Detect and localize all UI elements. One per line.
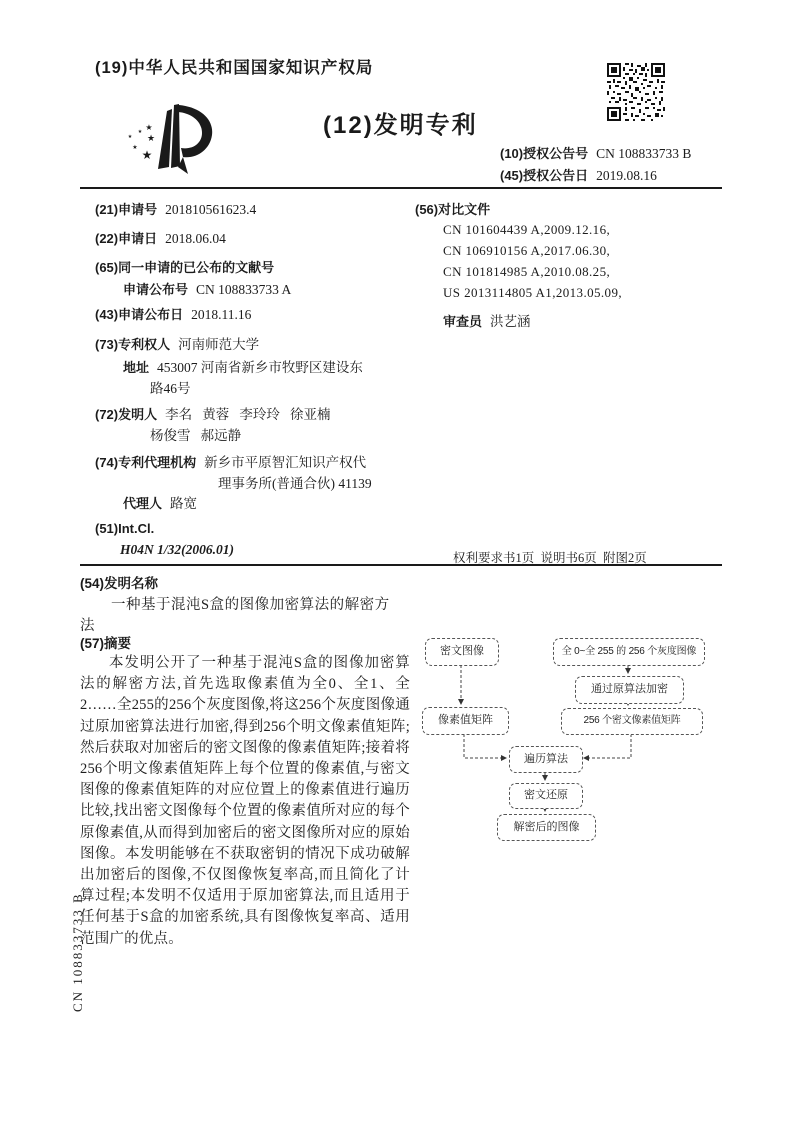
flow-node-pixel-value-matrix: 像素值矩阵 xyxy=(422,707,509,735)
svg-text:★: ★ xyxy=(147,133,155,143)
svg-text:★: ★ xyxy=(132,144,137,151)
authority-name: (19)中华人民共和国国家知识产权局 xyxy=(95,54,373,78)
grant-number-label: (10)授权公告号 xyxy=(500,146,588,161)
int-cl-row: (51)Int.Cl. xyxy=(95,520,154,538)
svg-text:★: ★ xyxy=(138,129,143,135)
grant-date-row: (45)授权公告日2019.08.16 xyxy=(500,165,657,185)
inventors-line2: 杨俊雪 郝远静 xyxy=(150,428,241,443)
flow-node-256-cipher-matrices: 256 个密文像素值矩阵 xyxy=(561,708,703,735)
examiner-row: 审查员洪艺涵 xyxy=(443,310,531,331)
agent-name: 路宽 xyxy=(170,496,197,511)
side-publication-code: CN 108833733 B xyxy=(70,892,86,1012)
section-divider xyxy=(80,564,722,566)
svg-text:★: ★ xyxy=(142,148,153,162)
header-divider xyxy=(80,187,722,189)
flow-node-encrypt-original-algorithm: 通过原算法加密 xyxy=(575,676,684,704)
application-publication-date-row: (43)申请公布日2018.11.16 xyxy=(95,304,251,324)
application-publication-date-label: (43)申请公布日 xyxy=(95,307,183,322)
agency-row-2: 理事务所(普通合伙) 41139 xyxy=(218,472,372,493)
address-line2: 路46号 xyxy=(150,381,191,396)
cited-document-2: CN 106910156 A,2017.06.30, xyxy=(443,243,610,259)
abstract-text: 本发明公开了一种基于混沌S盒的图像加密算法的解密方法,首先选取像素值为全0、全1… xyxy=(80,653,410,950)
flow-node-decrypted-image: 解密后的图像 xyxy=(497,814,596,841)
cited-document-1: CN 101604439 A,2009.12.16, xyxy=(443,222,610,238)
flow-node-ciphertext-restore: 密文还原 xyxy=(509,783,583,809)
address-row: 地址453007 河南省新乡市牧野区建设东 xyxy=(123,356,363,377)
agency-label: (74)专利代理机构 xyxy=(95,455,196,470)
cited-documents-label: (56)对比文件 xyxy=(415,202,490,217)
abstract-label: (57)摘要 xyxy=(80,632,131,652)
application-date-value: 2018.06.04 xyxy=(165,231,226,246)
application-date-row: (22)申请日2018.06.04 xyxy=(95,228,226,248)
svg-text:★: ★ xyxy=(145,123,152,132)
abstract-figure-flowchart: 密文图像 全 0~全 255 的 256 个灰度图像 通过原算法加密 像素值矩阵… xyxy=(413,627,720,855)
address-row-2: 路46号 xyxy=(150,377,191,398)
grant-date-label: (45)授权公告日 xyxy=(500,168,588,183)
application-date-label: (22)申请日 xyxy=(95,231,157,246)
patentee-row: (73)专利权人河南师范大学 xyxy=(95,333,259,354)
application-publication-date-value: 2018.11.16 xyxy=(191,307,251,322)
agency-row: (74)专利代理机构新乡市平原智汇知识产权代 xyxy=(95,451,366,472)
int-cl-value: H04N 1/32(2006.01) xyxy=(120,542,234,557)
qr-code-icon xyxy=(607,63,665,126)
cited-documents-row: (56)对比文件 xyxy=(415,199,490,219)
patentee-label: (73)专利权人 xyxy=(95,337,170,352)
prior-publication-number-value: CN 108833733 A xyxy=(196,282,291,297)
agency-line1: 新乡市平原智汇知识产权代 xyxy=(204,455,366,470)
invention-title-label: (54)发明名称 xyxy=(80,572,158,592)
int-cl-value-row: H04N 1/32(2006.01) xyxy=(120,541,234,559)
flow-node-gray-images: 全 0~全 255 的 256 个灰度图像 xyxy=(553,638,705,666)
application-number-value: 201810561623.4 xyxy=(165,202,256,217)
examiner-label: 审查员 xyxy=(443,314,482,329)
application-number-row: (21)申请号201810561623.4 xyxy=(95,199,256,219)
cited-document-4: US 2013114805 A1,2013.05.09, xyxy=(443,285,622,301)
prior-publication-number-label: 申请公布号 xyxy=(123,282,188,297)
inventors-row-2: 杨俊雪 郝远静 xyxy=(150,424,241,445)
inventors-label: (72)发明人 xyxy=(95,407,157,422)
flow-node-traverse-algorithm: 遍历算法 xyxy=(509,746,583,773)
patentee-value: 河南师范大学 xyxy=(178,337,259,352)
inventors-row: (72)发明人李名 黄蓉 李玲玲 徐亚楠 xyxy=(95,403,331,424)
svg-text:★: ★ xyxy=(128,134,133,140)
agent-row: 代理人路宽 xyxy=(123,492,197,513)
flow-node-ciphertext-image: 密文图像 xyxy=(425,638,499,666)
grant-number-value: CN 108833733 B xyxy=(596,146,691,161)
application-number-label: (21)申请号 xyxy=(95,202,157,217)
agent-label: 代理人 xyxy=(123,496,162,511)
prior-publication-number-row: 申请公布号CN 108833733 A xyxy=(123,279,291,299)
cited-document-3: CN 101814985 A,2010.08.25, xyxy=(443,264,610,280)
grant-date-value: 2019.08.16 xyxy=(596,168,657,183)
address-label: 地址 xyxy=(123,360,149,375)
address-line1: 453007 河南省新乡市牧野区建设东 xyxy=(157,360,363,375)
prior-publication-row: (65)同一申请的已公布的文献号 xyxy=(95,257,274,277)
grant-number-row: (10)授权公告号CN 108833733 B xyxy=(500,143,691,163)
inventors-line1: 李名 黄蓉 李玲玲 徐亚楠 xyxy=(165,407,330,422)
agency-line2: 理事务所(普通合伙) 41139 xyxy=(218,476,372,491)
prior-publication-label: (65)同一申请的已公布的文献号 xyxy=(95,260,274,275)
examiner-name: 洪艺涵 xyxy=(490,314,531,329)
int-cl-label: (51)Int.Cl. xyxy=(95,521,154,536)
cnipa-logo-icon: ★ ★ ★ ★ ★ ★ xyxy=(120,94,230,194)
document-type-title: (12)发明专利 xyxy=(323,105,478,140)
invention-title-line1: 一种基于混沌S盒的图像加密算法的解密方 xyxy=(111,593,390,614)
